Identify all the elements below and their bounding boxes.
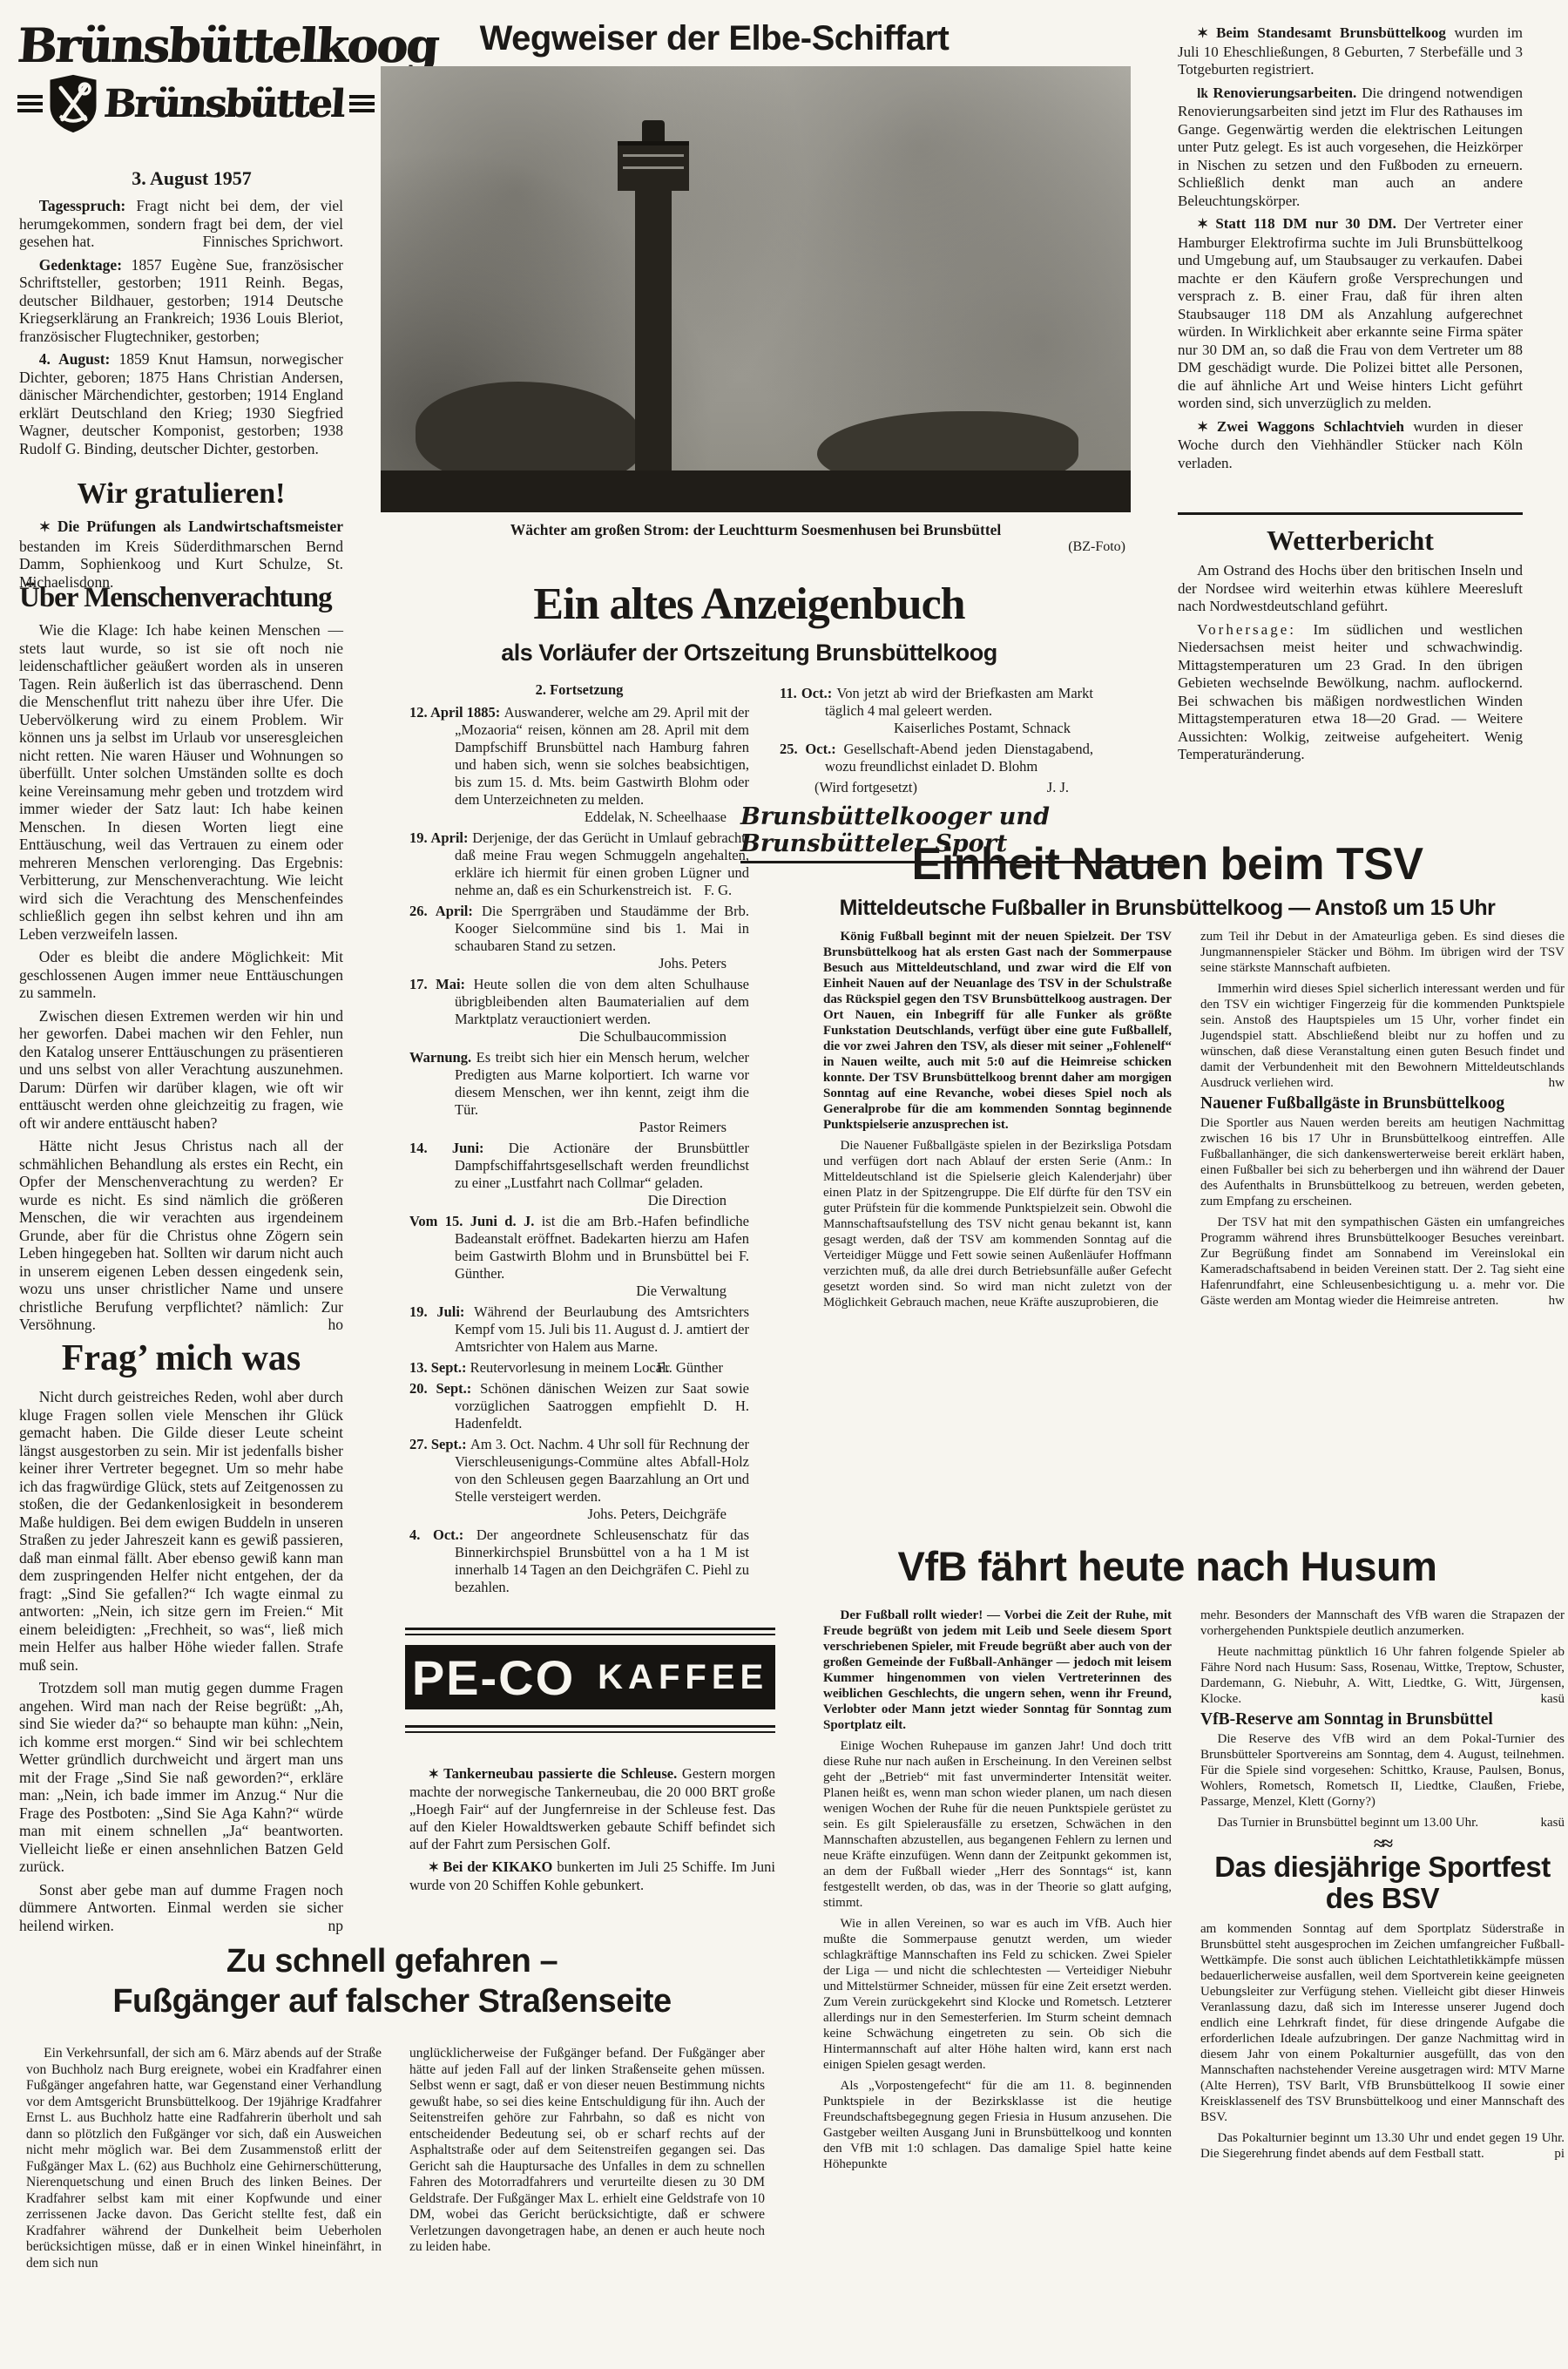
einheit-subhead: Mitteldeutsche Fußballer in Brunsbüttelk… — [784, 896, 1551, 921]
gratulieren-section: Wir gratulieren! ✶ Die Prüfungen als Lan… — [19, 477, 343, 596]
einheit-p4: Immerhin wird dieses Spiel sicherlich in… — [1200, 981, 1565, 1091]
anzeigenbuch-headline: Ein altes Anzeigenbuch — [409, 579, 1089, 630]
einheit-p2: Die Nauener Fußballgäste spielen in der … — [823, 1138, 1172, 1310]
vfb-p6: Heute nachmittag pünktlich 16 Uhr fahren… — [1200, 1644, 1565, 1707]
vfb-p4: Als „Vorpostengefecht“ für die am 11. 8.… — [823, 2078, 1172, 2172]
menschenverachtung-heading: Über Menschenverachtung — [19, 582, 343, 614]
section-squiggle: ≈≈ — [1200, 1836, 1565, 1851]
peco-brand: PE-CO — [412, 1649, 575, 1706]
menschenverachtung-sig: ho — [308, 1316, 343, 1334]
nauener-gaeste-subhead: Nauener Fußballgäste in Brunsbüttelkoog — [1200, 1096, 1565, 1112]
fortsetzung-label: 2. Fortsetzung — [409, 681, 749, 699]
photo-credit: (BZ-Foto) — [381, 539, 1131, 555]
star-icon: ✶ — [1197, 420, 1217, 435]
note-schlachtvieh: ✶ Zwei Waggons Schlachtvieh wurden in di… — [1178, 418, 1523, 473]
verkehr-col-2: unglücklicherweise der Fußgänger befand.… — [409, 2046, 765, 2363]
star-icon: ✶ — [1197, 217, 1215, 232]
vfb-col-2: mehr. Besonders der Mannschaft des VfB w… — [1200, 1608, 1565, 2359]
vfb-r2: Das Turnier in Brunsbüttel beginnt um 13… — [1200, 1815, 1565, 1831]
menschenverachtung-p1: Wie die Klage: Ich habe keinen Menschen … — [19, 621, 343, 943]
menschenverachtung-p2: Oder es bleibt die andere Möglichkeit: M… — [19, 948, 343, 1002]
bsv-headline-1: Das diesjährige Sportfest — [1200, 1851, 1565, 1883]
wetter-divider — [1178, 512, 1523, 515]
lead-photo-headline: Wegweiser der Elbe-Schiffart — [470, 19, 958, 58]
masthead: Brünsbüttelkoog Brünsbüttel — [17, 21, 375, 134]
frag-mich-was-article: Frag’ mich was Nicht durch geistreiches … — [19, 1337, 343, 1939]
einheit-col-2: zum Teil ihr Debut in der Amateurliga ge… — [1200, 929, 1565, 1532]
star-icon: lk — [1197, 86, 1213, 101]
frag-p1: Nicht durch geistreiches Reden, wohl abe… — [19, 1388, 343, 1674]
einheit-g1: Die Sportler aus Nauen werden bereits am… — [1200, 1115, 1565, 1209]
lighthouse-lantern — [642, 120, 665, 143]
einheit-headline: Einheit Nauen beim TSV — [784, 838, 1551, 890]
lighthouse-photo — [381, 66, 1131, 512]
entry: Warnung. Es treibt sich hier ein Mensch … — [409, 1049, 749, 1136]
verkehr-c1: Ein Verkehrsunfall, der sich am 6. März … — [26, 2046, 382, 2271]
wetter-p2: Vorhersage: Im südlichen und westlichen … — [1178, 621, 1523, 764]
lighthouse-tower — [635, 179, 672, 470]
star-icon: ✶ — [1197, 26, 1216, 41]
vfb-p1: Der Fußball rollt wieder! — Vorbei die Z… — [823, 1608, 1172, 1733]
entry: 17. Mai: Heute sollen die von dem alten … — [409, 976, 749, 1046]
flourish-left-icon — [17, 95, 43, 112]
harbour-notes: ✶ Tankerneubau passierte die Schleuse. G… — [409, 1765, 775, 1922]
vfb-r1: Die Reserve des VfB wird an dem Pokal-Tu… — [1200, 1731, 1565, 1810]
frag-p3: Sonst aber gebe man auf dumme Fragen noc… — [19, 1881, 343, 1935]
frag-heading: Frag’ mich was — [19, 1337, 343, 1379]
note-staubsauger: ✶ Statt 118 DM nur 30 DM. Der Vertreter … — [1178, 215, 1523, 413]
masthead-title-koog: Brünsbüttelkoog — [16, 21, 376, 70]
peco-product: KAFFEE — [598, 1658, 768, 1697]
entry: 27. Sept.: Am 3. Oct. Nachm. 4 Uhr soll … — [409, 1436, 749, 1523]
gedenktage-para: Gedenktage: 1857 Eugène Sue, französisch… — [19, 256, 343, 346]
vfb-p2: Einige Wochen Ruhepause im ganzen Jahr! … — [823, 1738, 1172, 1911]
tagesspruch-source: Finnisches Sprichwort. — [183, 233, 343, 251]
fortgesetzt-line: (Wird fortgesetzt)J. J. — [780, 779, 1093, 796]
anzeigenbuch-col-left: 2. Fortsetzung 12. April 1885: Auswander… — [409, 681, 749, 1621]
entry: 25. Oct.: Gesellschaft-Abend jeden Diens… — [780, 741, 1093, 775]
note-tanker: ✶ Tankerneubau passierte die Schleuse. G… — [409, 1765, 775, 1853]
menschenverachtung-article: Über Menschenverachtung Wie die Klage: I… — [19, 582, 343, 1339]
ad-rule-top — [405, 1628, 775, 1635]
wetter-p1: Am Ostrand des Hochs über den britischen… — [1178, 562, 1523, 616]
photo-caption: Wächter am großen Strom: der Leuchtturm … — [381, 521, 1131, 539]
august4-para: 4. August: 1859 Knut Hamsun, norwegische… — [19, 350, 343, 457]
newspaper-page: Brünsbüttelkoog Brünsbüttel 3. August 19… — [0, 0, 1568, 2369]
ad-rule-bottom — [405, 1725, 775, 1733]
gratulieren-para: ✶ Die Prüfungen als Landwirtschaftsmeist… — [19, 518, 343, 591]
verkehr-headline: Zu schnell gefahren – Fußgänger auf fals… — [26, 1941, 758, 2021]
verkehr-col-1: Ein Verkehrsunfall, der sich am 6. März … — [26, 2046, 382, 2363]
note-renovierung: lk Renovierungsarbeiten. Die dringend no… — [1178, 85, 1523, 211]
entry: 11. Oct.: Von jetzt ab wird der Briefkas… — [780, 685, 1093, 737]
entry: Vom 15. Juni d. J. ist die am Brb.-Hafen… — [409, 1213, 749, 1300]
vfb-reserve-subhead: VfB-Reserve am Sonntag in Brunsbüttel — [1200, 1712, 1565, 1728]
left-top-notes: Tagesspruch: Fragt nicht bei dem, der vi… — [19, 197, 343, 476]
einheit-g2: Der TSV hat mit den sympathischen Gästen… — [1200, 1215, 1565, 1309]
verkehr-headline-1: Zu schnell gefahren – — [26, 1941, 758, 1981]
note-standesamt: ✶ Beim Standesamt Brunsbüttelkoog wurden… — [1178, 24, 1523, 79]
note-kikako: ✶ Bei der KIKAKO bunkerten im Juli 25 Sc… — [409, 1858, 775, 1894]
entry: 13. Sept.: Reutervorlesung in meinem Loc… — [409, 1359, 749, 1377]
anzeigenbuch-subhead: als Vorläufer der Ortszeitung Brunsbütte… — [409, 640, 1089, 667]
einheit-p1: König Fußball beginnt mit der neuen Spie… — [823, 929, 1172, 1133]
menschenverachtung-p4: Hätte nicht Jesus Christus nach all der … — [19, 1137, 343, 1334]
vfb-p3: Wie in allen Vereinen, so war es auch im… — [823, 1916, 1172, 2073]
local-notes-column: ✶ Beim Standesamt Brunsbüttelkoog wurden… — [1178, 24, 1523, 505]
entry: 19. Juli: Während der Beurlaubung des Am… — [409, 1303, 749, 1356]
bsv-b1: am kommenden Sonntag auf dem Sportplatz … — [1200, 1921, 1565, 2125]
entry: 19. April: Derjenige, der das Gerücht in… — [409, 829, 749, 899]
entry: 12. April 1885: Auswanderer, welche am 2… — [409, 704, 749, 826]
bsv-headline-2: des BSV — [1200, 1883, 1565, 1914]
star-icon: ✶ — [428, 1768, 443, 1782]
star-icon: ✶ — [39, 520, 57, 535]
entry: 14. Juni: Die Actionäre der Brunsbüttler… — [409, 1140, 749, 1209]
vfb-headline: VfB fährt heute nach Husum — [784, 1542, 1551, 1590]
vfb-p5: mehr. Besonders der Mannschaft des VfB w… — [1200, 1608, 1565, 1639]
entry: 26. April: Die Sperrgräben und Staudämme… — [409, 903, 749, 972]
bsv-b2: Das Pokalturnier beginnt um 13.30 Uhr un… — [1200, 2130, 1565, 2162]
masthead-title-buettel: Brünsbüttel — [103, 82, 346, 126]
issue-date: 3. August 1957 — [52, 167, 331, 190]
frag-p2: Trotzdem soll man mutig gegen dumme Frag… — [19, 1679, 343, 1876]
photo-ground — [381, 470, 1131, 512]
entry: 4. Oct.: Der angeordnete Schleusenschatz… — [409, 1526, 749, 1596]
wetter-heading: Wetterbericht — [1178, 525, 1523, 557]
verkehr-headline-2: Fußgänger auf falscher Straßenseite — [26, 1981, 758, 2021]
flourish-right-icon — [349, 95, 375, 112]
einheit-p3: zum Teil ihr Debut in der Amateurliga ge… — [1200, 929, 1565, 976]
tagesspruch-para: Tagesspruch: Fragt nicht bei dem, der vi… — [19, 197, 343, 251]
verkehr-c2: unglücklicherweise der Fußgänger befand.… — [409, 2046, 765, 2256]
gratulieren-heading: Wir gratulieren! — [19, 477, 343, 511]
photo-caption-block: Wächter am großen Strom: der Leuchtturm … — [381, 521, 1131, 555]
crest-icon — [48, 73, 98, 134]
einheit-col-1: König Fußball beginnt mit der neuen Spie… — [823, 929, 1172, 1532]
wetterbericht-article: Wetterbericht Am Ostrand des Hochs über … — [1178, 525, 1523, 769]
peco-kaffee-ad: PE-CO KAFFEE — [405, 1645, 775, 1709]
frag-sig: np — [308, 1917, 343, 1935]
star-icon: ✶ — [428, 1861, 443, 1875]
vfb-col-1: Der Fußball rollt wieder! — Vorbei die Z… — [823, 1608, 1172, 2359]
entry: 20. Sept.: Schönen dänischen Weizen zur … — [409, 1380, 749, 1432]
menschenverachtung-p3: Zwischen diesen Extremen werden wir hin … — [19, 1007, 343, 1133]
